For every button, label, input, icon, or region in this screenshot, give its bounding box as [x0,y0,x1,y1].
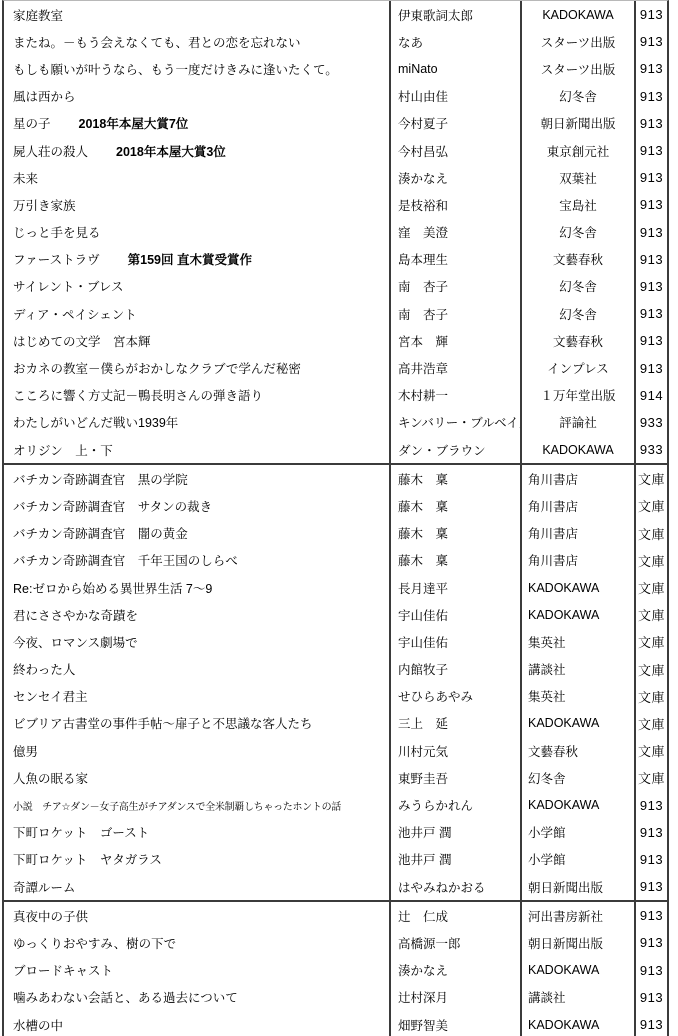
title-cell: ゆっくりおやすみ、樹の下で [4,929,389,956]
title-cell: バチカン奇跡調査官 闇の黄金 [4,520,389,547]
title-cell: 今夜、ロマンス劇場で [4,628,389,655]
author-name: 湊かなえ [389,164,520,191]
publisher-name: 朝日新聞出版 [520,873,634,900]
table-row: 小説 チア☆ダン－女子高生がチアダンスで全米制覇しちゃったホントの話みうらかれん… [4,791,667,818]
publisher-name: KADOKAWA [520,574,634,601]
publisher-name: 集英社 [520,683,634,710]
table-row: 風は西から村山由佳幻冬舎913 [4,83,667,110]
ndc-class: 文庫 [634,710,667,737]
table-row: バチカン奇跡調査官 闇の黄金藤木 稟角川書店文庫 [4,520,667,547]
publisher-name: 文藝春秋 [520,737,634,764]
title-cell: 君にささやかな奇蹟を [4,601,389,628]
book-title: 億男 [13,742,38,760]
table-row: 終わった人内館牧子講談社文庫 [4,656,667,683]
author-name: 今村夏子 [389,110,520,137]
title-cell: 下町ロケット ゴースト [4,819,389,846]
table-row: サイレント・ブレス南 杏子幻冬舎913 [4,273,667,300]
book-title: 人魚の眠る家 [13,769,88,787]
table-row: またね。－もう会えなくても、君との恋を忘れないなあスターツ出版913 [4,28,667,55]
book-title: 未来 [13,169,38,187]
ndc-class: 913 [634,55,667,82]
publisher-name: 文藝春秋 [520,246,634,273]
book-title: 水槽の中 [13,1016,63,1034]
ndc-class: 913 [634,137,667,164]
book-title: もしも願いが叶うなら、もう一度だけきみに逢いたくて。 [13,60,338,78]
author-name: 内館牧子 [389,656,520,683]
publisher-name: 角川書店 [520,465,634,492]
author-name: 村山由佳 [389,83,520,110]
book-title: 風は西から [13,87,76,105]
author-name: 木村耕一 [389,382,520,409]
publisher-name: 集英社 [520,628,634,655]
book-title: 下町ロケット ゴースト [13,823,149,841]
table-row: 今夜、ロマンス劇場で宇山佳佑集英社文庫 [4,628,667,655]
publisher-name: 河出書房新社 [520,902,634,929]
author-name: 池井戸 潤 [389,846,520,873]
title-cell: おカネの教室－僕らがおかしなクラブで学んだ秘密 [4,354,389,381]
title-cell: 万引き家族 [4,191,389,218]
book-title: 星の子 [13,114,51,132]
author-name: 南 杏子 [389,273,520,300]
table-row: 人魚の眠る家東野圭吾幻冬舎文庫 [4,764,667,791]
table-row: バチカン奇跡調査官 千年王国のしらべ藤木 稟角川書店文庫 [4,547,667,574]
author-name: せひらあやみ [389,683,520,710]
title-cell: Re:ゼロから始める異世界生活 7～9 [4,574,389,601]
book-title: ゆっくりおやすみ、樹の下で [13,934,176,952]
title-cell: 終わった人 [4,656,389,683]
book-title: またね。－もう会えなくても、君との恋を忘れない [13,33,301,51]
table-row: 真夜中の子供辻 仁成河出書房新社913 [4,902,667,929]
publisher-name: 朝日新聞出版 [520,929,634,956]
award-note: 2018年本屋大賞3位 [116,142,226,160]
ndc-class: 913 [634,902,667,929]
publisher-name: 幻冬舎 [520,300,634,327]
table-row: 水槽の中畑野智美KADOKAWA913 [4,1011,667,1036]
title-cell: はじめての文学 宮本輝 [4,327,389,354]
author-name: 藤木 稟 [389,465,520,492]
ndc-class: 文庫 [634,764,667,791]
author-name: 伊東歌詞太郎 [389,1,520,28]
title-cell: 水槽の中 [4,1011,389,1036]
ndc-class: 913 [634,219,667,246]
book-title: 奇譚ルーム [13,878,76,896]
ndc-class: 文庫 [634,492,667,519]
ndc-class: 913 [634,327,667,354]
ndc-class: 文庫 [634,465,667,492]
author-name: なあ [389,28,520,55]
title-cell: 奇譚ルーム [4,873,389,900]
ndc-class: 914 [634,382,667,409]
author-name: 是枝裕和 [389,191,520,218]
author-name: 高井浩章 [389,354,520,381]
table-row: もしも願いが叶うなら、もう一度だけきみに逢いたくて。miNatoスターツ出版91… [4,55,667,82]
title-cell: オリジン 上・下 [4,436,389,463]
table-row: オリジン 上・下ダン・ブラウンKADOKAWA933 [4,436,667,463]
author-name: 長月達平 [389,574,520,601]
publisher-name: 幻冬舎 [520,219,634,246]
author-name: 辻 仁成 [389,902,520,929]
publisher-name: 文藝春秋 [520,327,634,354]
award-note: 2018年本屋大賞7位 [79,114,189,132]
ndc-class: 913 [634,354,667,381]
publisher-name: 幻冬舎 [520,83,634,110]
ndc-class: 913 [634,929,667,956]
table-row: じっと手を見る窪 美澄幻冬舎913 [4,219,667,246]
ndc-class: 文庫 [634,601,667,628]
ndc-class: 913 [634,1011,667,1036]
ndc-class: 913 [634,984,667,1011]
ndc-class: 文庫 [634,683,667,710]
table-row: 家庭教室伊東歌詞太郎KADOKAWA913 [4,1,667,28]
publisher-name: KADOKAWA [520,791,634,818]
title-cell: 噛みあわない会話と、ある過去について [4,984,389,1011]
title-cell: バチカン奇跡調査官 黒の学院 [4,465,389,492]
book-table: 家庭教室伊東歌詞太郎KADOKAWA913またね。－もう会えなくても、君との恋を… [2,0,669,1036]
title-cell: 風は西から [4,83,389,110]
publisher-name: KADOKAWA [520,1011,634,1036]
table-section: 家庭教室伊東歌詞太郎KADOKAWA913またね。－もう会えなくても、君との恋を… [4,1,667,463]
author-name: 宇山佳佑 [389,628,520,655]
book-title: センセイ君主 [13,687,88,705]
ndc-class: 913 [634,873,667,900]
book-title: バチカン奇跡調査官 闇の黄金 [13,524,188,542]
author-name: 宮本 輝 [389,327,520,354]
ndc-class: 913 [634,28,667,55]
ndc-class: 913 [634,300,667,327]
table-row: こころに響く方丈記－鴨長明さんの弾き語り木村耕一１万年堂出版914 [4,382,667,409]
title-cell: わたしがいどんだ戦い1939年 [4,409,389,436]
award-note: 第159回 直木賞受賞作 [128,250,252,268]
book-title: オリジン 上・下 [13,441,113,459]
table-row: 星の子2018年本屋大賞7位今村夏子朝日新聞出版913 [4,110,667,137]
ndc-class: 913 [634,246,667,273]
author-name: 藤木 稟 [389,547,520,574]
publisher-name: スターツ出版 [520,55,634,82]
author-name: 三上 延 [389,710,520,737]
book-title: おカネの教室－僕らがおかしなクラブで学んだ秘密 [13,359,301,377]
author-name: みうらかれん [389,791,520,818]
publisher-name: 講談社 [520,984,634,1011]
table-row: 下町ロケット ゴースト池井戸 潤小学館913 [4,819,667,846]
title-cell: サイレント・ブレス [4,273,389,300]
book-title: こころに響く方丈記－鴨長明さんの弾き語り [13,386,263,404]
publisher-name: 角川書店 [520,492,634,519]
title-cell: 星の子2018年本屋大賞7位 [4,110,389,137]
publisher-name: 評論社 [520,409,634,436]
publisher-name: 双葉社 [520,164,634,191]
ndc-class: 文庫 [634,628,667,655]
book-title: ビブリア古書堂の事件手帖～扉子と不思議な客人たち [13,714,313,732]
author-name: 南 杏子 [389,300,520,327]
publisher-name: 小学館 [520,819,634,846]
author-name: 藤木 稟 [389,492,520,519]
book-title: 終わった人 [13,660,75,678]
title-cell: バチカン奇跡調査官 サタンの裁き [4,492,389,519]
book-title: 君にささやかな奇蹟を [13,606,138,624]
book-title: 屍人荘の殺人 [13,142,88,160]
author-name: 東野圭吾 [389,764,520,791]
ndc-class: 913 [634,83,667,110]
publisher-name: KADOKAWA [520,710,634,737]
table-row: Re:ゼロから始める異世界生活 7～9長月達平KADOKAWA文庫 [4,574,667,601]
author-name: 辻村深月 [389,984,520,1011]
publisher-name: スターツ出版 [520,28,634,55]
ndc-class: 913 [634,191,667,218]
book-title: 小説 チア☆ダン－女子高生がチアダンスで全米制覇しちゃったホントの話 [13,798,341,813]
ndc-class: 913 [634,819,667,846]
author-name: 畑野智美 [389,1011,520,1036]
title-cell: 屍人荘の殺人2018年本屋大賞3位 [4,137,389,164]
table-section: バチカン奇跡調査官 黒の学院藤木 稟角川書店文庫バチカン奇跡調査官 サタンの裁き… [4,463,667,900]
ndc-class: 文庫 [634,574,667,601]
publisher-name: 角川書店 [520,547,634,574]
book-title: 真夜中の子供 [13,907,88,925]
publisher-name: KADOKAWA [520,1,634,28]
table-row: 億男川村元気文藝春秋文庫 [4,737,667,764]
table-row: ディア・ペイシェント南 杏子幻冬舎913 [4,300,667,327]
title-cell: 未来 [4,164,389,191]
publisher-name: KADOKAWA [520,436,634,463]
book-title: 家庭教室 [13,6,63,24]
book-title: 万引き家族 [13,196,76,214]
author-name: 湊かなえ [389,957,520,984]
book-title: わたしがいどんだ戦い1939年 [13,413,178,431]
table-row: 奇譚ルームはやみねかおる朝日新聞出版913 [4,873,667,900]
table-row: 下町ロケット ヤタガラス池井戸 潤小学館913 [4,846,667,873]
publisher-name: KADOKAWA [520,957,634,984]
ndc-class: 913 [634,791,667,818]
ndc-class: 913 [634,957,667,984]
book-title: バチカン奇跡調査官 サタンの裁き [13,497,212,515]
ndc-class: 文庫 [634,737,667,764]
book-title: Re:ゼロから始める異世界生活 7～9 [13,579,212,597]
book-title: ブロードキャスト [13,961,113,979]
title-cell: 真夜中の子供 [4,902,389,929]
author-name: 宇山佳佑 [389,601,520,628]
book-title: ディア・ペイシェント [13,305,137,323]
table-row: 君にささやかな奇蹟を宇山佳佑KADOKAWA文庫 [4,601,667,628]
book-title: ファーストラヴ [13,250,100,268]
publisher-name: 東京創元社 [520,137,634,164]
table-row: 万引き家族是枝裕和宝島社913 [4,191,667,218]
ndc-class: 文庫 [634,656,667,683]
title-cell: 下町ロケット ヤタガラス [4,846,389,873]
publisher-name: KADOKAWA [520,601,634,628]
author-name: 窪 美澄 [389,219,520,246]
table-row: センセイ君主せひらあやみ集英社文庫 [4,683,667,710]
table-row: はじめての文学 宮本輝宮本 輝文藝春秋913 [4,327,667,354]
title-cell: 小説 チア☆ダン－女子高生がチアダンスで全米制覇しちゃったホントの話 [4,791,389,818]
author-name: ダン・ブラウン [389,436,520,463]
table-row: ファーストラヴ第159回 直木賞受賞作島本理生文藝春秋913 [4,246,667,273]
title-cell: またね。－もう会えなくても、君との恋を忘れない [4,28,389,55]
author-name: 川村元気 [389,737,520,764]
publisher-name: 宝島社 [520,191,634,218]
title-cell: センセイ君主 [4,683,389,710]
title-cell: こころに響く方丈記－鴨長明さんの弾き語り [4,382,389,409]
ndc-class: 933 [634,436,667,463]
title-cell: 人魚の眠る家 [4,764,389,791]
title-cell: ブロードキャスト [4,957,389,984]
ndc-class: 文庫 [634,547,667,574]
author-name: 島本理生 [389,246,520,273]
book-title: バチカン奇跡調査官 千年王国のしらべ [13,551,238,569]
ndc-class: 913 [634,164,667,191]
table-row: おカネの教室－僕らがおかしなクラブで学んだ秘密高井浩章インプレス913 [4,354,667,381]
author-name: 池井戸 潤 [389,819,520,846]
publisher-name: 角川書店 [520,520,634,547]
ndc-class: 913 [634,1,667,28]
author-name: 今村昌弘 [389,137,520,164]
title-cell: 億男 [4,737,389,764]
title-cell: じっと手を見る [4,219,389,246]
ndc-class: 913 [634,273,667,300]
table-section: 真夜中の子供辻 仁成河出書房新社913ゆっくりおやすみ、樹の下で高橋源一郎朝日新… [4,900,667,1036]
title-cell: もしも願いが叶うなら、もう一度だけきみに逢いたくて。 [4,55,389,82]
publisher-name: 幻冬舎 [520,764,634,791]
book-title: じっと手を見る [13,223,101,241]
ndc-class: 913 [634,846,667,873]
author-name: 藤木 稟 [389,520,520,547]
book-title: 今夜、ロマンス劇場で [13,633,138,651]
title-cell: バチカン奇跡調査官 千年王国のしらべ [4,547,389,574]
title-cell: 家庭教室 [4,1,389,28]
publisher-name: 小学館 [520,846,634,873]
title-cell: ディア・ペイシェント [4,300,389,327]
book-title: はじめての文学 宮本輝 [13,332,151,350]
book-title: サイレント・ブレス [13,277,123,295]
book-list-page: 家庭教室伊東歌詞太郎KADOKAWA913またね。－もう会えなくても、君との恋を… [0,0,678,1036]
publisher-name: １万年堂出版 [520,382,634,409]
table-row: ビブリア古書堂の事件手帖～扉子と不思議な客人たち三上 延KADOKAWA文庫 [4,710,667,737]
publisher-name: 講談社 [520,656,634,683]
book-title: バチカン奇跡調査官 黒の学院 [13,470,188,488]
table-row: バチカン奇跡調査官 サタンの裁き藤木 稟角川書店文庫 [4,492,667,519]
table-row: 屍人荘の殺人2018年本屋大賞3位今村昌弘東京創元社913 [4,137,667,164]
table-row: ブロードキャスト湊かなえKADOKAWA913 [4,957,667,984]
book-title: 下町ロケット ヤタガラス [13,850,162,868]
publisher-name: 幻冬舎 [520,273,634,300]
table-row: 噛みあわない会話と、ある過去について辻村深月講談社913 [4,984,667,1011]
ndc-class: 文庫 [634,520,667,547]
book-title: 噛みあわない会話と、ある過去について [13,988,238,1006]
publisher-name: インプレス [520,354,634,381]
author-name: miNato [389,55,520,82]
title-cell: ビブリア古書堂の事件手帖～扉子と不思議な客人たち [4,710,389,737]
author-name: キンバリー・ブルベイカー・ブラッドリー [389,409,520,436]
author-name: 高橋源一郎 [389,929,520,956]
table-row: バチカン奇跡調査官 黒の学院藤木 稟角川書店文庫 [4,465,667,492]
author-name: はやみねかおる [389,873,520,900]
ndc-class: 933 [634,409,667,436]
table-row: わたしがいどんだ戦い1939年キンバリー・ブルベイカー・ブラッドリー評論社933 [4,409,667,436]
table-row: ゆっくりおやすみ、樹の下で高橋源一郎朝日新聞出版913 [4,929,667,956]
table-row: 未来湊かなえ双葉社913 [4,164,667,191]
title-cell: ファーストラヴ第159回 直木賞受賞作 [4,246,389,273]
ndc-class: 913 [634,110,667,137]
publisher-name: 朝日新聞出版 [520,110,634,137]
